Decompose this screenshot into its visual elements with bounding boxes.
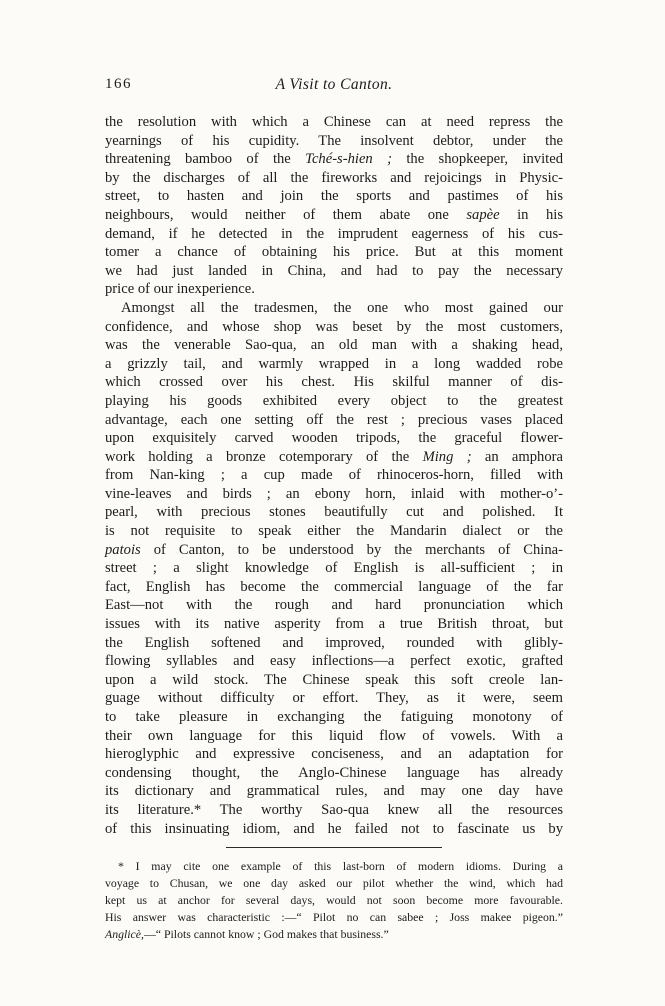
page-header: 166 A Visit to Canton. [105,76,563,97]
text-line: Anglicè,—“ Pilots cannot know ; God make… [105,926,563,943]
text-line: neighbours, would neither of them abate … [105,206,563,225]
text-line: pearl, with precious stones beautifully … [105,503,563,522]
text-line: demand, if he detected in the imprudent … [105,225,563,244]
text-line: from Nan-king ; a cup made of rhinoceros… [105,466,563,485]
text-line: hieroglyphic and expressive conciseness,… [105,745,563,764]
text-line: its literature.* The worthy Sao-qua knew… [105,801,563,820]
text-line: upon exquisitely carved wooden tripods, … [105,429,563,448]
text-line: the English softened and improved, round… [105,634,563,653]
paragraph: Amongst all the tradesmen, the one who m… [105,299,563,838]
text-line: Amongst all the tradesmen, the one who m… [105,299,563,318]
paragraph: * I may cite one example of this last-bo… [105,858,563,943]
text-line: tomer a chance of obtaining his price. B… [105,243,563,262]
text-line: was the venerable Sao-qua, an old man wi… [105,336,563,355]
text-line: we had just landed in China, and had to … [105,262,563,281]
text-line: issues with its native asperity from a t… [105,615,563,634]
text-line: upon a wild stock. The Chinese speak thi… [105,671,563,690]
book-page: 166 A Visit to Canton. the resolution wi… [0,0,665,1006]
text-line: the resolution with which a Chinese can … [105,113,563,132]
text-line: a grizzly tail, and warmly wrapped in a … [105,355,563,374]
text-line: fact, English has become the commercial … [105,578,563,597]
footnote: * I may cite one example of this last-bo… [105,858,563,943]
text-line: patois of Canton, to be understood by th… [105,541,563,560]
text-line: vine-leaves and birds ; an ebony horn, i… [105,485,563,504]
paragraph: the resolution with which a Chinese can … [105,113,563,299]
text-line: advantage, each one setting off the rest… [105,411,563,430]
text-line: kept us at anchor for several days, woul… [105,892,563,909]
body-text: the resolution with which a Chinese can … [105,113,563,838]
text-line: confidence, and whose shop was beset by … [105,318,563,337]
text-line: which crossed over his chest. His skilfu… [105,373,563,392]
text-line: East—not with the rough and hard pronunc… [105,596,563,615]
text-line: His answer was characteristic :—“ Pilot … [105,909,563,926]
text-line: * I may cite one example of this last-bo… [105,858,563,875]
text-line: is not requisite to speak either the Man… [105,522,563,541]
page-number: 166 [105,76,132,93]
footnote-separator-rule [226,847,442,848]
text-line: yearnings of his cupidity. The insolvent… [105,132,563,151]
text-line: guage without difficulty or effort. They… [105,689,563,708]
text-line: street, to hasten and join the sports an… [105,187,563,206]
running-title: A Visit to Canton. [105,76,563,94]
text-line: price of our inexperience. [105,280,563,299]
text-line: of this insinuating idiom, and he failed… [105,820,563,839]
text-line: by the discharges of all the fireworks a… [105,169,563,188]
text-line: flowing syllables and easy inflections—a… [105,652,563,671]
text-line: its dictionary and grammatical rules, an… [105,782,563,801]
text-line: condensing thought, the Anglo-Chinese la… [105,764,563,783]
text-line: their own language for this liquid flow … [105,727,563,746]
text-line: voyage to Chusan, we one day asked our p… [105,875,563,892]
text-line: work holding a bronze cotemporary of the… [105,448,563,467]
text-line: street ; a slight knowledge of English i… [105,559,563,578]
text-line: playing his goods exhibited every object… [105,392,563,411]
text-line: threatening bamboo of the Tché-s-hien ; … [105,150,563,169]
text-line: to take pleasure in exchanging the fatig… [105,708,563,727]
